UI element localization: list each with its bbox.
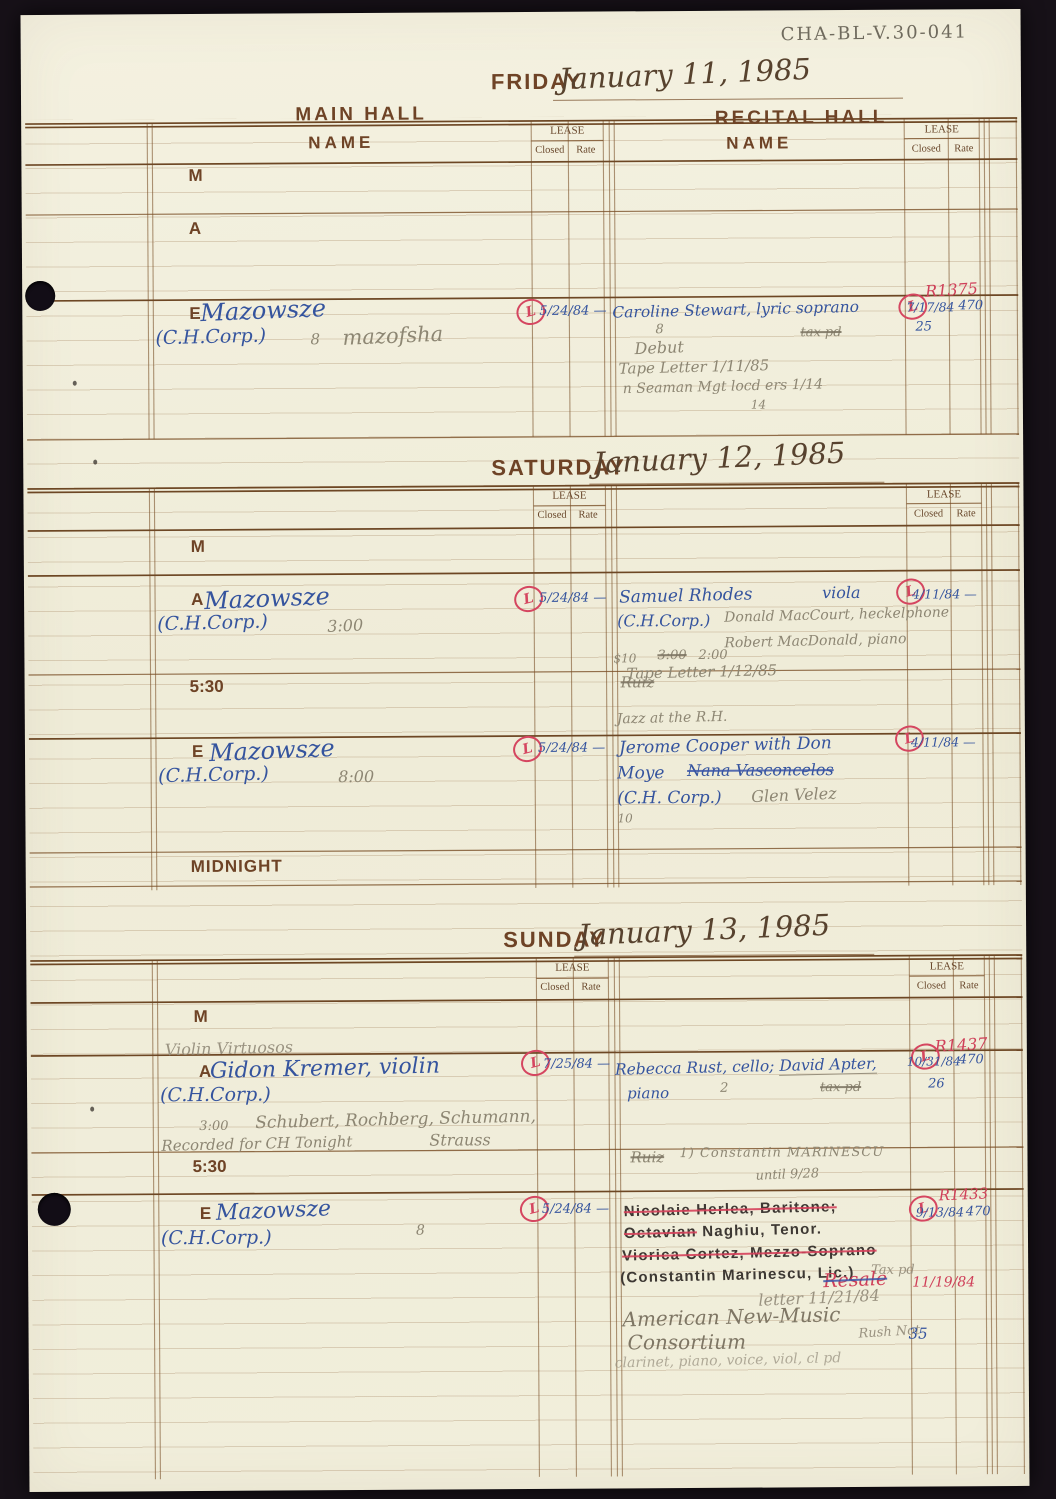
sunday-recital-e-closed: 9/13/84 — [916, 1205, 964, 1219]
date-rule — [574, 954, 874, 957]
saturday-recital-e-line1: Jerome Cooper with Don — [619, 734, 832, 758]
recital-hall-title: RECITAL HALL — [671, 108, 931, 130]
friday-recital-debut: Debut — [634, 338, 684, 358]
friday-recital-rate2: 25 — [915, 321, 932, 335]
saturday-recital-a-time-struck: 3:00 — [657, 649, 686, 663]
sunday-main-a-program2: Recorded for CH Tonight — [161, 1133, 352, 1154]
sunday-main-a-time: 3:00 — [199, 1120, 228, 1134]
saturday-main-e-artist: Mazowsze — [209, 735, 336, 767]
row-label-e: E — [192, 743, 203, 762]
saturday-main-e-org: (C.H.Corp.) — [158, 764, 269, 787]
row-label-a: A — [191, 591, 203, 610]
rate-header-recital: Rate — [951, 508, 982, 520]
lease-header-main: LEASE — [531, 125, 603, 138]
rate-header-main: Rate — [568, 145, 603, 157]
sunday-main-a-org: (C.H.Corp.) — [160, 1085, 271, 1107]
saturday-recital-a-note2: Robert MacDonald, piano — [724, 632, 906, 652]
sunday-530-ruiz: Ruiz — [630, 1149, 664, 1166]
saturday-main-a-time: 3:00 — [327, 616, 364, 635]
saturday-main-e-time: 8:00 — [338, 768, 374, 786]
date-rule — [589, 482, 884, 485]
row-label-530: 5:30 — [192, 1158, 226, 1177]
date-rule — [553, 98, 903, 102]
sunday-series-note: Violin Virtuosos — [165, 1038, 293, 1059]
sunday-recital-e-group1: American New-Music — [622, 1303, 840, 1330]
saturday-recital-e-num: 10 — [617, 812, 632, 825]
paper-speck — [93, 460, 97, 465]
rate-header-recital: Rate — [948, 143, 979, 155]
scanned-ledger-screenshot: { "page": { "archive_code": "CHA-BL-V.30… — [0, 0, 1056, 1499]
closed-header-recital: Closed — [907, 508, 951, 520]
sunday-recital-a-artist2: David Apter, — [779, 1055, 877, 1076]
sunday-recital-e-resale-date: 11/19/84 — [912, 1275, 975, 1291]
sunday-main-a-closed: 7/25/84 — — [543, 1057, 610, 1072]
saturday-main-a-closed: 5/24/84 — — [539, 592, 606, 607]
sunday-recital-e-instruments: clarinet, piano, voice, viol, cl pd — [615, 1351, 842, 1372]
saturday-recital-a-time2: 2:00 — [698, 649, 727, 663]
handwritten-date-friday: January 11, 1985 — [558, 54, 811, 96]
friday-main-artist: Mazowsze — [200, 295, 327, 327]
ledger-page: CHA-BL-V.30-041 FRIDAY January 11, 1985 … — [20, 9, 1029, 1492]
friday-recital-count: 8 — [655, 323, 663, 337]
friday-main-count: 8 — [310, 331, 320, 348]
rate-header-main: Rate — [571, 510, 606, 522]
closed-header-main: Closed — [534, 510, 571, 522]
saturday-recital-e-glen-velez: Glen Velez — [751, 785, 837, 806]
sunday-recital-e-rate: 470 — [966, 1205, 991, 1219]
closed-header-recital: Closed — [909, 980, 953, 992]
friday-recital-mgmt-note: n Seaman Mgt locd ers 1/14 — [623, 377, 824, 397]
sunday-main-e-artist: Mazowsze — [215, 1197, 331, 1226]
saturday-recital-e-closed: 4/11/84 — — [911, 735, 976, 749]
saturday-recital-a-artist: Samuel Rhodes — [619, 585, 753, 607]
saturday-recital-e-struck-name: Nana Vasconcelos — [687, 761, 834, 779]
main-hall-title: MAIN HALL — [251, 104, 471, 126]
saturday-jazz-series-note: Jazz at the R.H. — [617, 710, 728, 728]
sunday-recital-e-code: R1433 — [938, 1185, 988, 1204]
archive-code: CHA-BL-V.30-041 — [780, 22, 968, 45]
friday-main-note: mazofsha — [342, 323, 444, 350]
friday-recital-rate: 470 — [958, 299, 983, 313]
sunday-recital-a-rate: 470 — [959, 1053, 984, 1067]
row-label-midnight: MIDNIGHT — [191, 857, 283, 876]
sunday-recital-e-singer2: Octavian Naghiu, Tenor. — [624, 1221, 823, 1242]
sunday-recital-e-group2: Consortium — [628, 1331, 747, 1354]
hole-punch — [38, 1193, 71, 1226]
saturday-main-a-org: (C.H.Corp.) — [157, 612, 268, 635]
sunday-530-marinescu: 1) Constantin MARINESCU — [679, 1146, 884, 1162]
saturday-530-ruiz: Ruiz — [621, 674, 655, 691]
friday-recital-closed-date: 7/17/84 — [906, 300, 954, 314]
sunday-recital-e-singer2-rest: Naghiu, Tenor. — [697, 1220, 823, 1240]
lease-header-main: LEASE — [533, 490, 605, 503]
handwritten-date-saturday: January 12, 1985 — [593, 438, 846, 480]
friday-main-org: (C.H.Corp.) — [155, 326, 266, 349]
saturday-recital-e-line2a: Moye — [617, 764, 664, 783]
lease-header-recital: LEASE — [909, 960, 984, 973]
row-label-a: A — [189, 220, 201, 239]
friday-recital-taxpd: tax pd — [800, 326, 841, 341]
sunday-recital-e-singer3: Viorica Cortez, Mezzo-Soprano — [622, 1243, 877, 1265]
hole-punch — [25, 281, 55, 311]
sunday-main-e-org: (C.H.Corp.) — [161, 1228, 272, 1250]
sunday-recital-e-singer2-struck: Octavian — [624, 1223, 697, 1242]
sunday-530-until: until 9/28 — [755, 1167, 819, 1184]
row-label-m: M — [191, 538, 205, 557]
sunday-main-a-artist: Gidon Kremer, violin — [210, 1055, 441, 1085]
sunday-main-a-program3: Strauss — [429, 1131, 490, 1149]
sunday-recital-a-piano: piano — [627, 1085, 669, 1102]
rate-header-recital: Rate — [953, 980, 984, 992]
sunday-main-a-program1: Schubert, Rochberg, Schumann, — [255, 1107, 536, 1132]
sunday-recital-a-rate2: 26 — [928, 1077, 945, 1091]
row-label-m: M — [188, 167, 202, 186]
lease-header-main: LEASE — [536, 961, 608, 974]
sunday-recital-e-licensee: (Constantin Marinescu, Lic.) — [620, 1265, 855, 1287]
saturday-recital-a-instrument: viola — [822, 584, 861, 602]
paper-speck — [90, 1107, 94, 1112]
sunday-recital-a-artist1: Rebecca Rust, cello; — [615, 1057, 780, 1079]
sunday-recital-a-artists: Rebecca Rust, cello; David Apter, — [615, 1056, 877, 1079]
closed-header-main: Closed — [536, 982, 573, 994]
saturday-recital-a-note1: Donald MacCourt, heckelphone — [724, 605, 949, 626]
name-header-recital: NAME — [614, 134, 904, 154]
saturday-recital-e-org: (C.H. Corp.) — [617, 789, 721, 808]
friday-recital-artist: Caroline Stewart, lyric soprano — [612, 299, 859, 322]
row-label-530: 5:30 — [190, 678, 224, 697]
saturday-recital-a-org: (C.H.Corp.) — [617, 612, 710, 630]
friday-main-closed-date: 5/24/84 — — [539, 304, 606, 319]
friday-recital-tape-letter: Tape Letter 1/11/85 — [618, 357, 769, 377]
sunday-recital-a-num: 2 — [720, 1082, 728, 1096]
row-label-e: E — [189, 305, 200, 324]
sunday-main-e-num: 8 — [416, 1224, 425, 1239]
friday-recital-mgmt-note2: 14 — [751, 399, 766, 412]
sunday-recital-a-closed: 10/31/84 — [907, 1055, 961, 1069]
handwritten-date-sunday: January 13, 1985 — [578, 910, 831, 952]
name-header-main: NAME — [151, 133, 531, 154]
rate-header-main: Rate — [573, 981, 608, 993]
closed-header-main: Closed — [531, 145, 568, 157]
saturday-main-e-closed: 5/24/84 — — [538, 742, 605, 757]
paper-speck — [73, 381, 77, 386]
closed-header-recital: Closed — [904, 143, 948, 155]
lease-header-recital: LEASE — [906, 488, 981, 501]
sunday-recital-e-num: 35 — [909, 1326, 928, 1343]
row-label-m: M — [194, 1008, 208, 1027]
sunday-main-e-closed: 5/24/84 — — [542, 1202, 609, 1217]
lease-header-recital: LEASE — [904, 123, 979, 136]
sunday-recital-e-singer1: Nicolaie Herlea, Baritone; — [624, 1199, 837, 1221]
row-label-e: E — [200, 1205, 211, 1224]
saturday-recital-a-closed: 4/11/84 — — [912, 587, 977, 601]
sunday-recital-a-taxpd: tax pd — [820, 1081, 861, 1096]
